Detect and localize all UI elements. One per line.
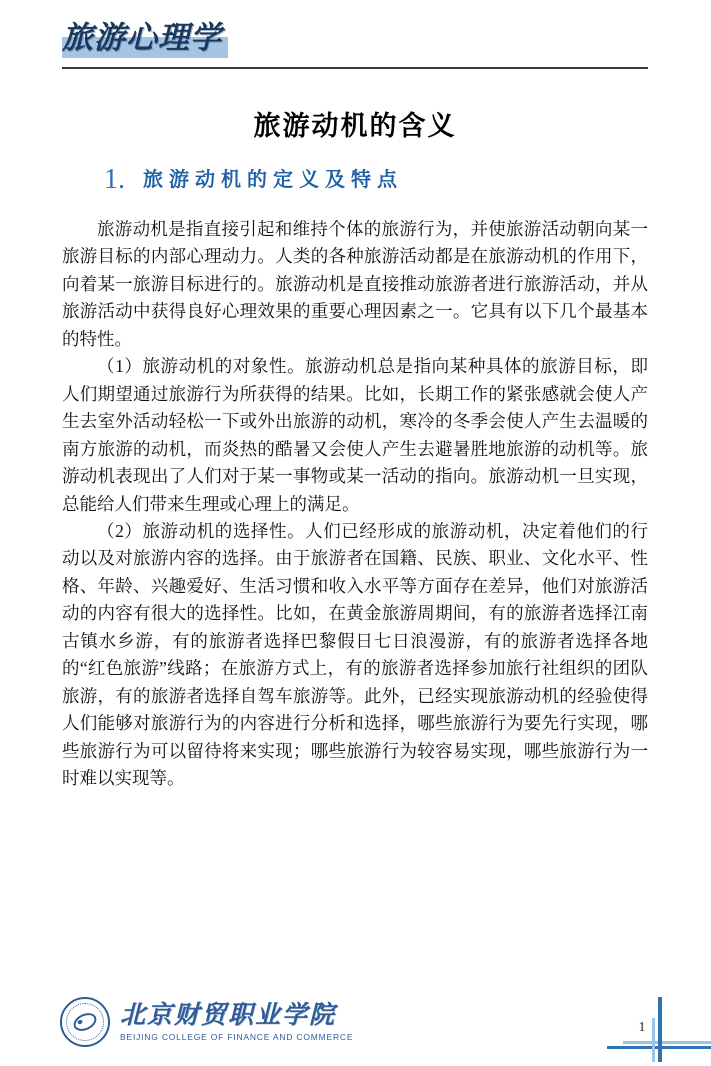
college-name-block: 北京财贸职业学院 BEIJING COLLEGE OF FINANCE AND … bbox=[120, 1002, 353, 1042]
page-number: 1 bbox=[634, 1019, 650, 1035]
paragraph-objectivity: （1）旅游动机的对象性。旅游动机总是指向某种具体的旅游目标，即人们期望通过旅游行… bbox=[62, 353, 648, 518]
book-title: 旅游心理学 bbox=[62, 18, 262, 58]
college-seal-icon bbox=[60, 997, 110, 1047]
section-number: 1. bbox=[104, 164, 125, 195]
document-page: 旅游心理学 旅游动机的含义 1.旅游动机的定义及特点 旅游动机是指直接引起和维持… bbox=[0, 0, 711, 1066]
college-logo: 北京财贸职业学院 BEIJING COLLEGE OF FINANCE AND … bbox=[60, 997, 353, 1047]
college-name-cn: 北京财贸职业学院 bbox=[120, 1002, 353, 1030]
ornament-vertical-dark bbox=[658, 997, 662, 1062]
header-brand: 旅游心理学 bbox=[62, 18, 262, 62]
college-name-en: BEIJING COLLEGE OF FINANCE AND COMMERCE bbox=[120, 1032, 353, 1042]
page-title: 旅游动机的含义 bbox=[62, 104, 648, 143]
header-divider bbox=[62, 67, 648, 69]
section-heading: 1.旅游动机的定义及特点 bbox=[104, 163, 403, 196]
paragraph-selectivity: （2）旅游动机的选择性。人们已经形成的旅游动机，决定着他们的行动以及对旅游内容的… bbox=[62, 518, 648, 793]
ornament-horizontal-light bbox=[623, 1041, 711, 1044]
section-title: 旅游动机的定义及特点 bbox=[143, 167, 403, 191]
paragraph-definition: 旅游动机是指直接引起和维持个体的旅游行为，并使旅游活动朝向某一旅游目标的内部心理… bbox=[62, 216, 648, 353]
ornament-vertical-light bbox=[652, 1018, 655, 1062]
body-text: 旅游动机是指直接引起和维持个体的旅游行为，并使旅游活动朝向某一旅游目标的内部心理… bbox=[62, 216, 648, 793]
